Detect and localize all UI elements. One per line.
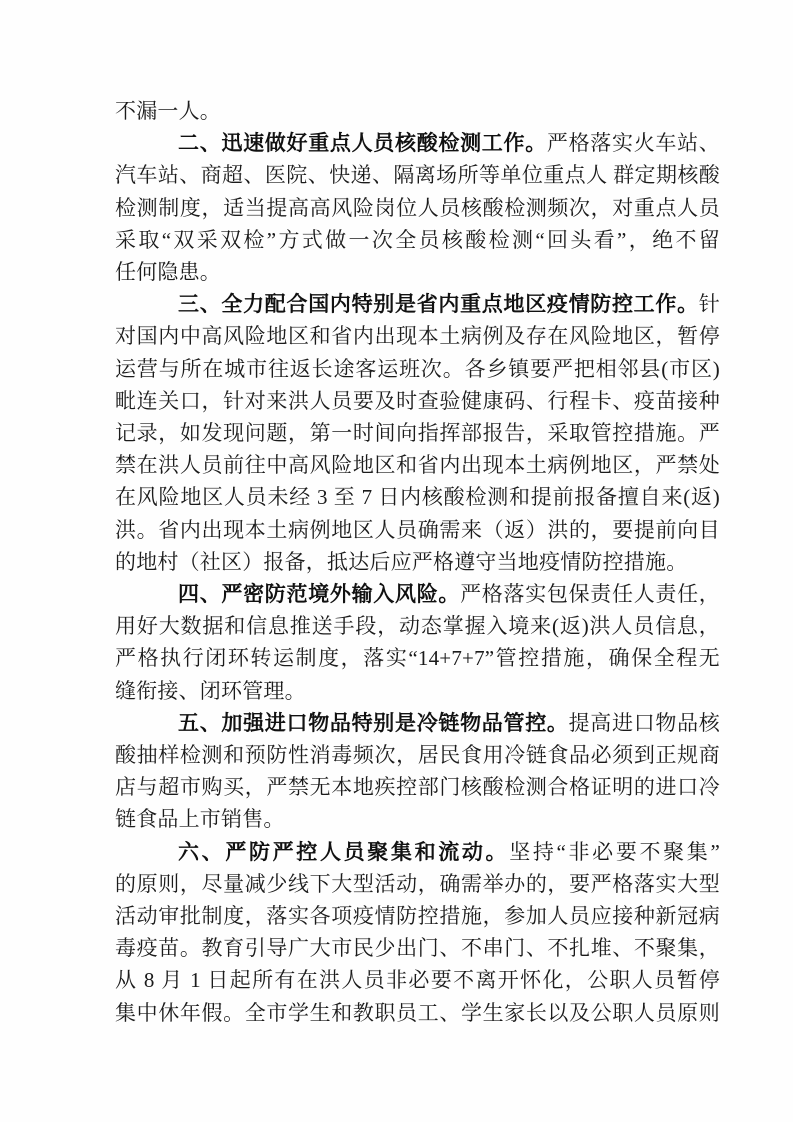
text-line: 店与超市购买，严禁无本地疾控部门核酸检测合格证明的进口冷 [115, 771, 720, 803]
paragraph: 三、全力配合国内特别是省内重点地区疫情防控工作。针对国内中高风险地区和省内出现本… [115, 288, 720, 578]
section-heading: 六、严防严控人员聚集和流动。 [178, 840, 509, 864]
paragraph: 六、严防严控人员聚集和流动。坚持“非必要不聚集”的原则，尽量减少线下大型活动，确… [115, 836, 720, 1029]
text-line: 毒疫苗。教育引导广大市民少出门、不串门、不扎堆、不聚集， [115, 932, 720, 964]
text-line: 严格执行闭环转运制度，落实“14+7+7”管控措施，确保全程无 [115, 642, 720, 674]
text-line: 缝衔接、闭环管理。 [115, 675, 720, 707]
paragraph: 二、迅速做好重点人员核酸检测工作。严格落实火车站、汽车站、商超、医院、快递、隔离… [115, 127, 720, 288]
text-line: 四、严密防范境外输入风险。严格落实包保责任人责任， [115, 578, 720, 610]
line-text: 针 [699, 292, 720, 316]
text-line: 五、加强进口物品特别是冷链物品管控。提高进口物品核 [115, 707, 720, 739]
text-line: 六、严防严控人员聚集和流动。坚持“非必要不聚集” [115, 836, 720, 868]
text-line: 任何隐患。 [115, 256, 720, 288]
document-page: 不漏一人。二、迅速做好重点人员核酸检测工作。严格落实火车站、汽车站、商超、医院、… [0, 0, 793, 1122]
text-line: 从 8 月 1 日起所有在洪人员非必要不离开怀化，公职人员暂停 [115, 964, 720, 996]
paragraph: 不漏一人。 [115, 95, 720, 127]
text-line: 检测制度，适当提高高风险岗位人员核酸检测频次，对重点人员 [115, 192, 720, 224]
text-line: 活动审批制度，落实各项疫情防控措施，参加人员应接种新冠病 [115, 900, 720, 932]
line-text: 严格落实火车站、 [547, 131, 720, 155]
section-heading: 五、加强进口物品特别是冷链物品管控。 [178, 711, 569, 735]
section-heading: 三、全力配合国内特别是省内重点地区疫情防控工作。 [178, 292, 699, 316]
section-heading: 四、严密防范境外输入风险。 [178, 582, 460, 606]
text-line: 链食品上市销售。 [115, 803, 720, 835]
document-body: 不漏一人。二、迅速做好重点人员核酸检测工作。严格落实火车站、汽车站、商超、医院、… [115, 95, 720, 1029]
text-line: 酸抽样检测和预防性消毒频次，居民食用冷链食品必须到正规商 [115, 739, 720, 771]
text-line: 禁在洪人员前往中高风险地区和省内出现本土病例地区，严禁处 [115, 449, 720, 481]
text-line: 在风险地区人员未经 3 至 7 日内核酸检测和提前报备擅自来(返) [115, 481, 720, 513]
text-line: 采取“双采双检”方式做一次全员核酸检测“回头看”，绝不留 [115, 224, 720, 256]
text-line: 集中休年假。全市学生和教职员工、学生家长以及公职人员原则 [115, 997, 720, 1029]
line-text: 坚持“非必要不聚集” [509, 840, 720, 864]
text-line: 不漏一人。 [115, 95, 720, 127]
text-line: 的地村（社区）报备，抵达后应严格遵守当地疫情防控措施。 [115, 546, 720, 578]
text-line: 三、全力配合国内特别是省内重点地区疫情防控工作。针 [115, 288, 720, 320]
text-line: 的原则，尽量减少线下大型活动，确需举办的，要严格落实大型 [115, 868, 720, 900]
text-line: 洪。省内出现本土病例地区人员确需来（返）洪的，要提前向目 [115, 514, 720, 546]
text-line: 运营与所在城市往返长途客运班次。各乡镇要严把相邻县(市区) [115, 353, 720, 385]
line-text: 提高进口物品核 [569, 711, 720, 735]
text-line: 对国内中高风险地区和省内出现本土病例及存在风险地区，暂停 [115, 320, 720, 352]
text-line: 汽车站、商超、医院、快递、隔离场所等单位重点人 群定期核酸 [115, 159, 720, 191]
paragraph: 五、加强进口物品特别是冷链物品管控。提高进口物品核酸抽样检测和预防性消毒频次，居… [115, 707, 720, 836]
line-text: 严格落实包保责任人责任， [460, 582, 720, 606]
text-line: 二、迅速做好重点人员核酸检测工作。严格落实火车站、 [115, 127, 720, 159]
text-line: 用好大数据和信息推送手段，动态掌握入境来(返)洪人员信息， [115, 610, 720, 642]
paragraph: 四、严密防范境外输入风险。严格落实包保责任人责任，用好大数据和信息推送手段，动态… [115, 578, 720, 707]
text-line: 毗连关口，针对来洪人员要及时查验健康码、行程卡、疫苗接种 [115, 385, 720, 417]
text-line: 记录，如发现问题，第一时间向指挥部报告，采取管控措施。严 [115, 417, 720, 449]
section-heading: 二、迅速做好重点人员核酸检测工作。 [178, 131, 547, 155]
